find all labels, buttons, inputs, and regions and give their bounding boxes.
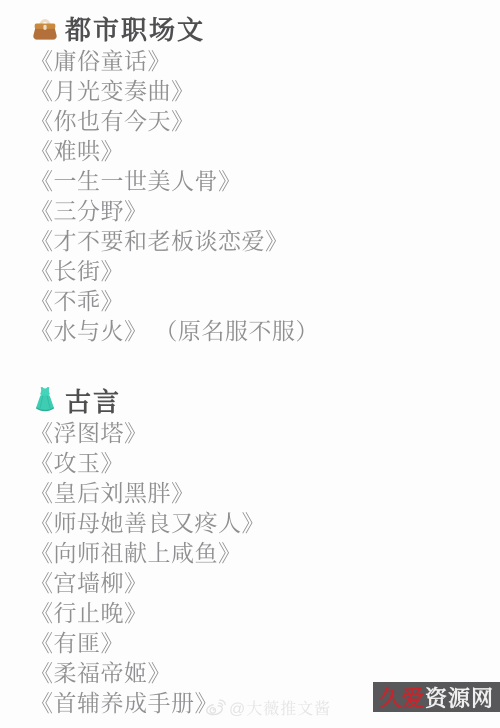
- book-title: 《庸俗童话》: [30, 46, 500, 76]
- book-list-urban: 《庸俗童话》 《月光变奏曲》 《你也有今天》 《难哄》 《一生一世美人骨》 《三…: [30, 46, 500, 346]
- book-title: 《三分野》: [30, 196, 500, 226]
- book-title: 《不乖》: [30, 286, 500, 316]
- weibo-watermark: @大薇推文酱: [204, 696, 331, 719]
- book-title: 《难哄》: [30, 136, 500, 166]
- book-title: 《才不要和老板谈恋爱》: [30, 226, 500, 256]
- book-title: 《浮图塔》: [30, 418, 500, 448]
- dress-icon: [30, 385, 60, 415]
- book-recommendation-list: 都市职场文 《庸俗童话》 《月光变奏曲》 《你也有今天》 《难哄》 《一生一世美…: [0, 0, 500, 718]
- weibo-handle: @大薇推文酱: [229, 696, 331, 719]
- site-badge-rest: 资源网: [425, 682, 494, 713]
- book-title: 《你也有今天》: [30, 106, 500, 136]
- book-title: 《一生一世美人骨》: [30, 166, 500, 196]
- weibo-icon: [204, 697, 226, 719]
- section-title: 古言: [65, 382, 121, 419]
- book-list-guyan: 《浮图塔》 《攻玉》 《皇后刘黑胖》 《师母她善良又疼人》 《向师祖献上咸鱼》 …: [30, 418, 500, 718]
- book-title: 《攻玉》: [30, 448, 500, 478]
- book-title: 《月光变奏曲》: [30, 76, 500, 106]
- book-title: 《皇后刘黑胖》: [30, 478, 500, 508]
- book-title: 《师母她善良又疼人》: [30, 508, 500, 538]
- site-watermark-badge: 久爱资源网: [373, 682, 500, 712]
- book-title: 《水与火》 （原名服不服）: [30, 316, 500, 346]
- book-title: 《有匪》: [30, 628, 500, 658]
- book-title: 《向师祖献上咸鱼》: [30, 538, 500, 568]
- book-title: 《行止晚》: [30, 598, 500, 628]
- section-guyan: 古言 《浮图塔》 《攻玉》 《皇后刘黑胖》 《师母她善良又疼人》 《向师祖献上咸…: [30, 382, 500, 718]
- book-title: 《长街》: [30, 256, 500, 286]
- section-title: 都市职场文: [65, 10, 205, 47]
- section-header-guyan: 古言: [30, 382, 500, 418]
- handbag-icon: [30, 13, 60, 43]
- section-header-urban: 都市职场文: [30, 10, 500, 46]
- section-urban-workplace: 都市职场文 《庸俗童话》 《月光变奏曲》 《你也有今天》 《难哄》 《一生一世美…: [30, 10, 500, 346]
- book-title: 《宫墙柳》: [30, 568, 500, 598]
- site-badge-highlight: 久爱: [379, 682, 425, 713]
